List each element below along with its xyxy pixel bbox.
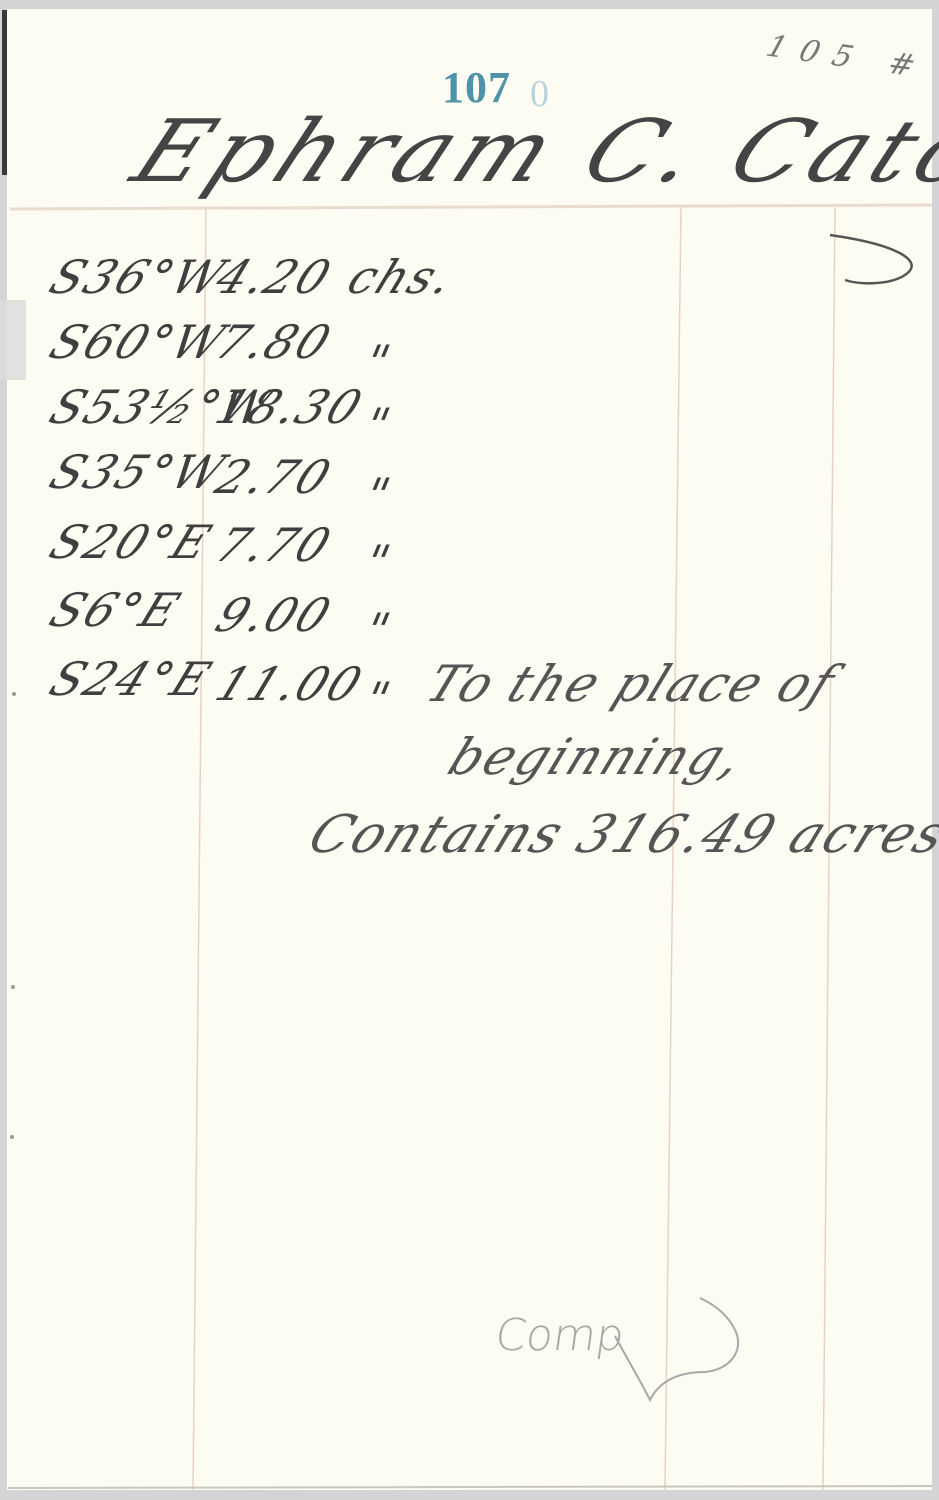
entry-bearing: S35°W bbox=[42, 445, 234, 499]
closing-line-3-acreage: Contains 316.49 acres. bbox=[300, 805, 939, 865]
entry-distance: 7.80 bbox=[208, 315, 340, 369]
entry-distance: 4.20 bbox=[208, 250, 340, 304]
closing-line-2: beginning, bbox=[440, 728, 754, 786]
header-rule bbox=[10, 205, 932, 209]
pencil-flourish bbox=[615, 1298, 738, 1400]
pencil-annotation: Comp bbox=[492, 1310, 628, 1361]
paper-speck bbox=[10, 1135, 14, 1139]
entry-bearing: S6°E bbox=[42, 583, 189, 637]
entry-bearing: S20°E bbox=[42, 515, 220, 569]
entry-distance: 2.70 bbox=[208, 450, 340, 504]
entry-bearing: S60°W bbox=[42, 315, 234, 369]
entry-bearing: S36°W bbox=[42, 250, 234, 304]
entry-distance: 7.70 bbox=[208, 518, 340, 572]
entry-distance: 18.30 bbox=[208, 380, 372, 434]
closing-line-1: To the place of bbox=[418, 655, 845, 713]
bottom-edge bbox=[8, 1486, 932, 1488]
title-flourish bbox=[830, 235, 912, 283]
paper-speck bbox=[11, 985, 15, 989]
paper-speck bbox=[12, 692, 16, 696]
document-title: Ephram C. Catching bbox=[118, 102, 939, 202]
entry-bearing: S24°E bbox=[42, 652, 220, 706]
entry-distance: 11.00 bbox=[208, 657, 372, 711]
entry-distance: 9.00 bbox=[208, 588, 340, 642]
